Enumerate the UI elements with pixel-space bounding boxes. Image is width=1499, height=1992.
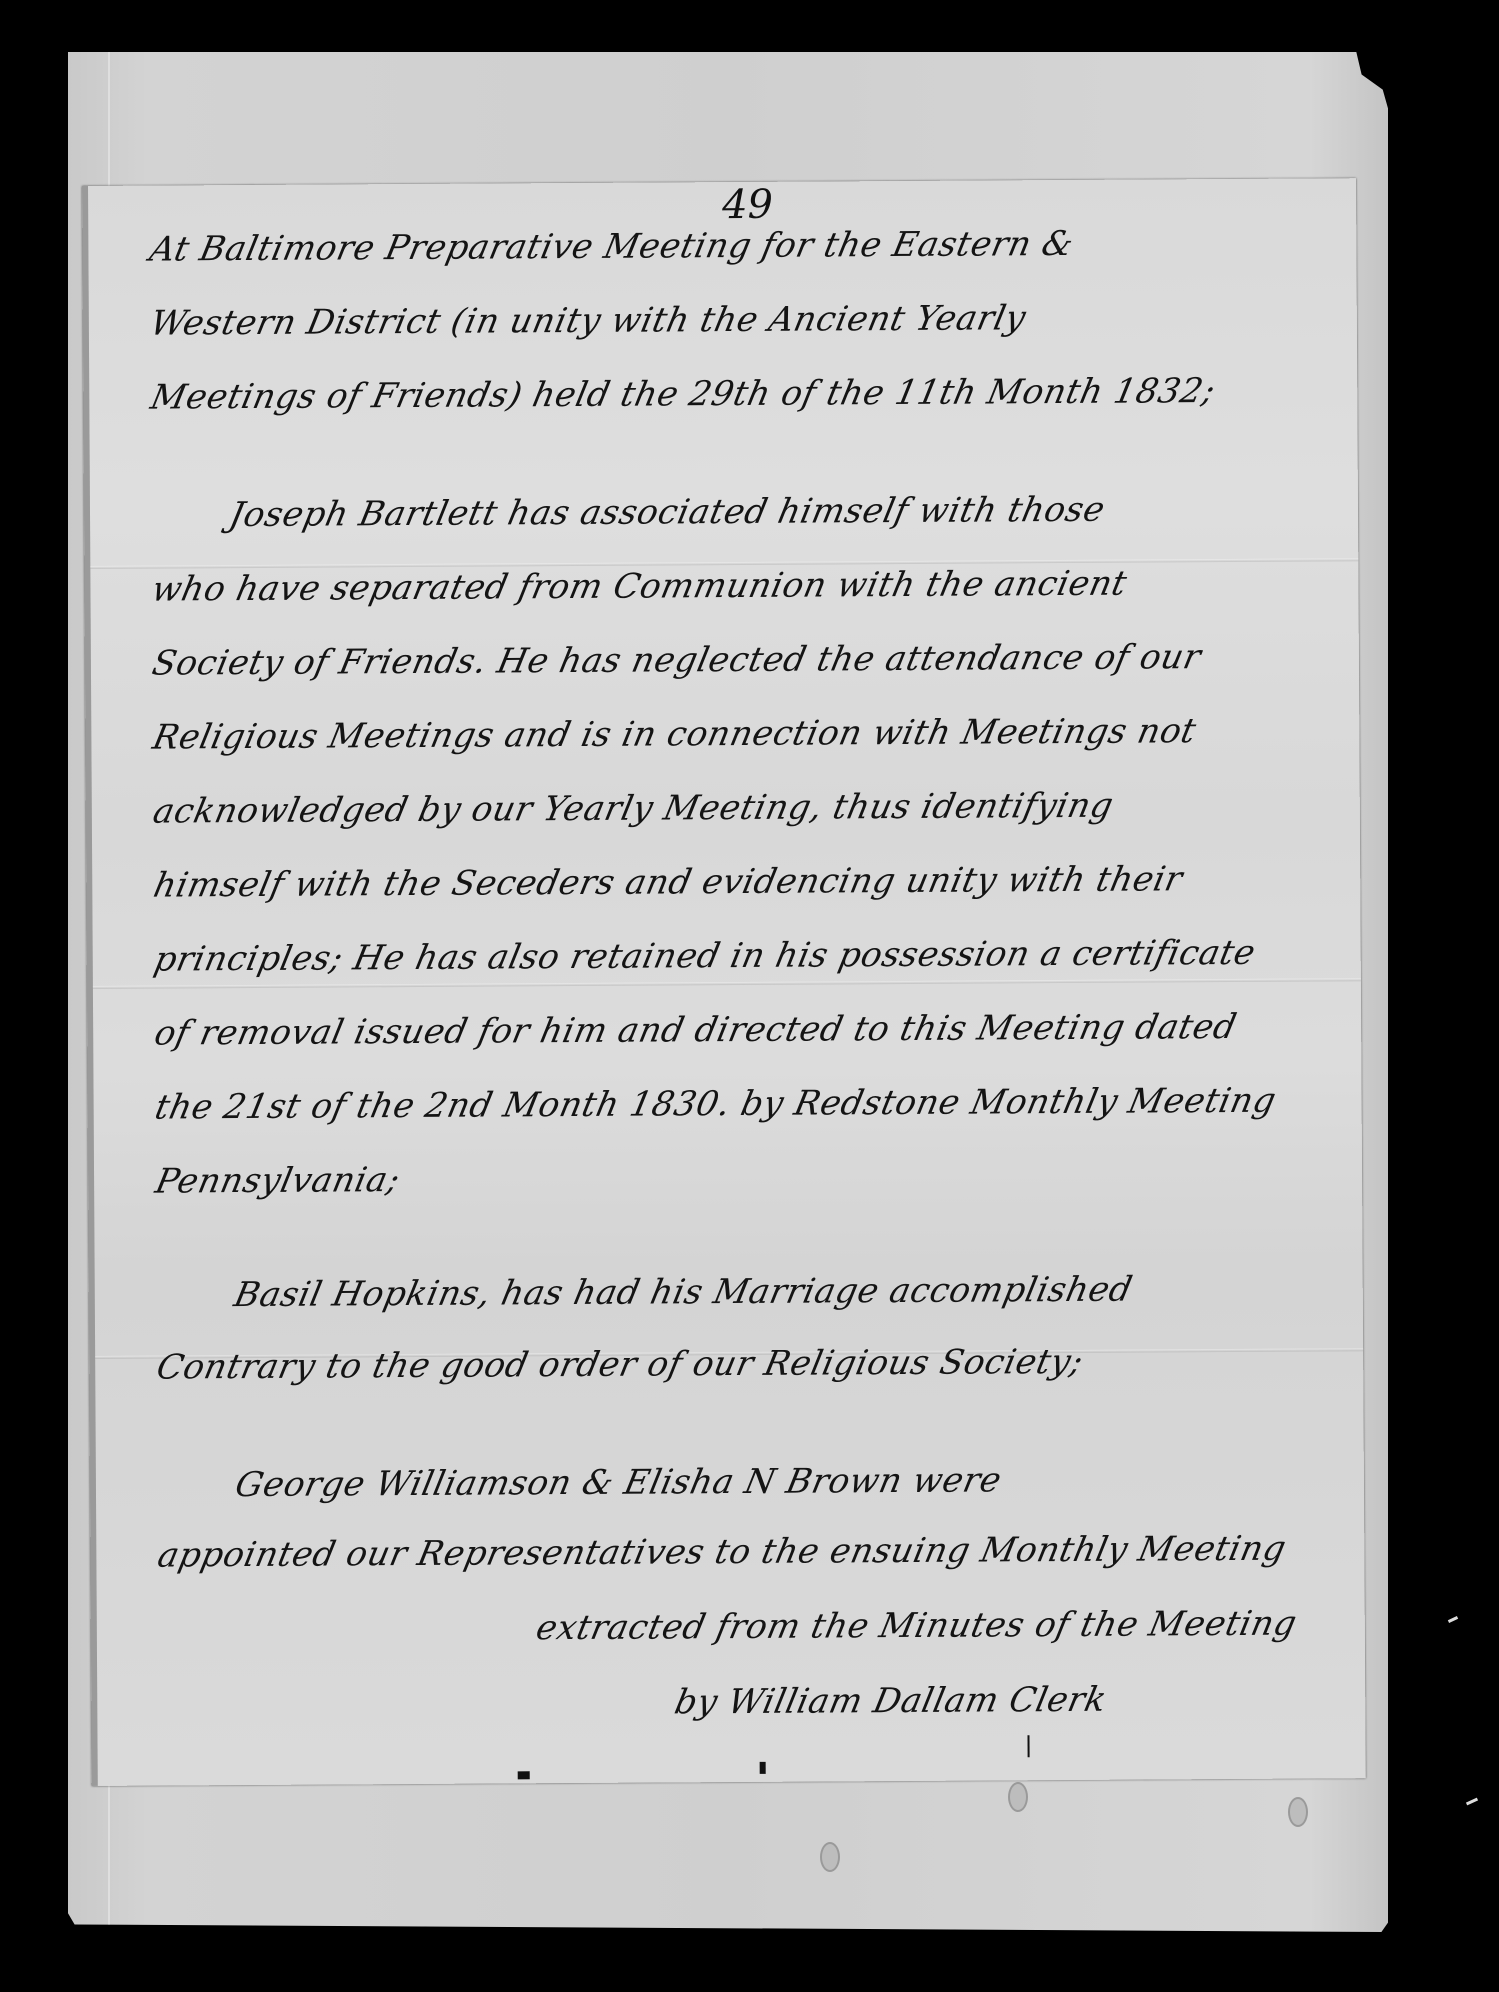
text-line: Western District (in unity with the Anci… xyxy=(147,298,1030,343)
letter-page: 49 At Baltimore Preparative Meeting for … xyxy=(82,178,1366,1786)
stain-spot xyxy=(1288,1797,1308,1827)
ink-mark xyxy=(760,1762,766,1774)
text-line: At Baltimore Preparative Meeting for the… xyxy=(146,224,1077,270)
ink-mark xyxy=(518,1771,530,1779)
text-line: Joseph Bartlett has associated himself w… xyxy=(226,490,1109,535)
text-line: Pennsylvania; xyxy=(152,1160,404,1202)
text-line: appointed our Representatives to the ens… xyxy=(154,1529,1289,1576)
stain-spot xyxy=(1008,1782,1028,1812)
stray-mark xyxy=(1466,1798,1478,1806)
text-line: Meetings of Friends) held the 29th of th… xyxy=(147,371,1219,418)
paper-fold-line xyxy=(93,978,1361,989)
text-line: George Williamson & Elisha N Brown were xyxy=(232,1460,1005,1505)
closing-extract-line: extracted from the Minutes of the Meetin… xyxy=(533,1604,1301,1649)
stain-spot xyxy=(820,1842,840,1872)
text-line: principles; He has also retained in his … xyxy=(151,933,1259,980)
clerk-signature: by William Dallam Clerk xyxy=(671,1680,1110,1723)
stray-mark xyxy=(1448,1616,1458,1623)
text-line: who have separated from Communion with t… xyxy=(148,564,1130,610)
text-line: acknowledged by our Yearly Meeting, thus… xyxy=(150,786,1117,832)
text-line: Society of Friends. He has neglected the… xyxy=(149,637,1205,683)
text-line: himself with the Seceders and evidencing… xyxy=(150,859,1186,905)
text-line: of removal issued for him and directed t… xyxy=(151,1007,1240,1054)
folio-number: 49 xyxy=(722,182,773,228)
text-line: Basil Hopkins, has had his Marriage acco… xyxy=(231,1270,1136,1316)
text-line: the 21st of the 2nd Month 1830. by Redst… xyxy=(152,1081,1280,1128)
text-line: Religious Meetings and is in connection … xyxy=(149,711,1200,757)
text-line: Contrary to the good order of our Religi… xyxy=(153,1342,1087,1388)
ink-mark xyxy=(1027,1735,1029,1757)
